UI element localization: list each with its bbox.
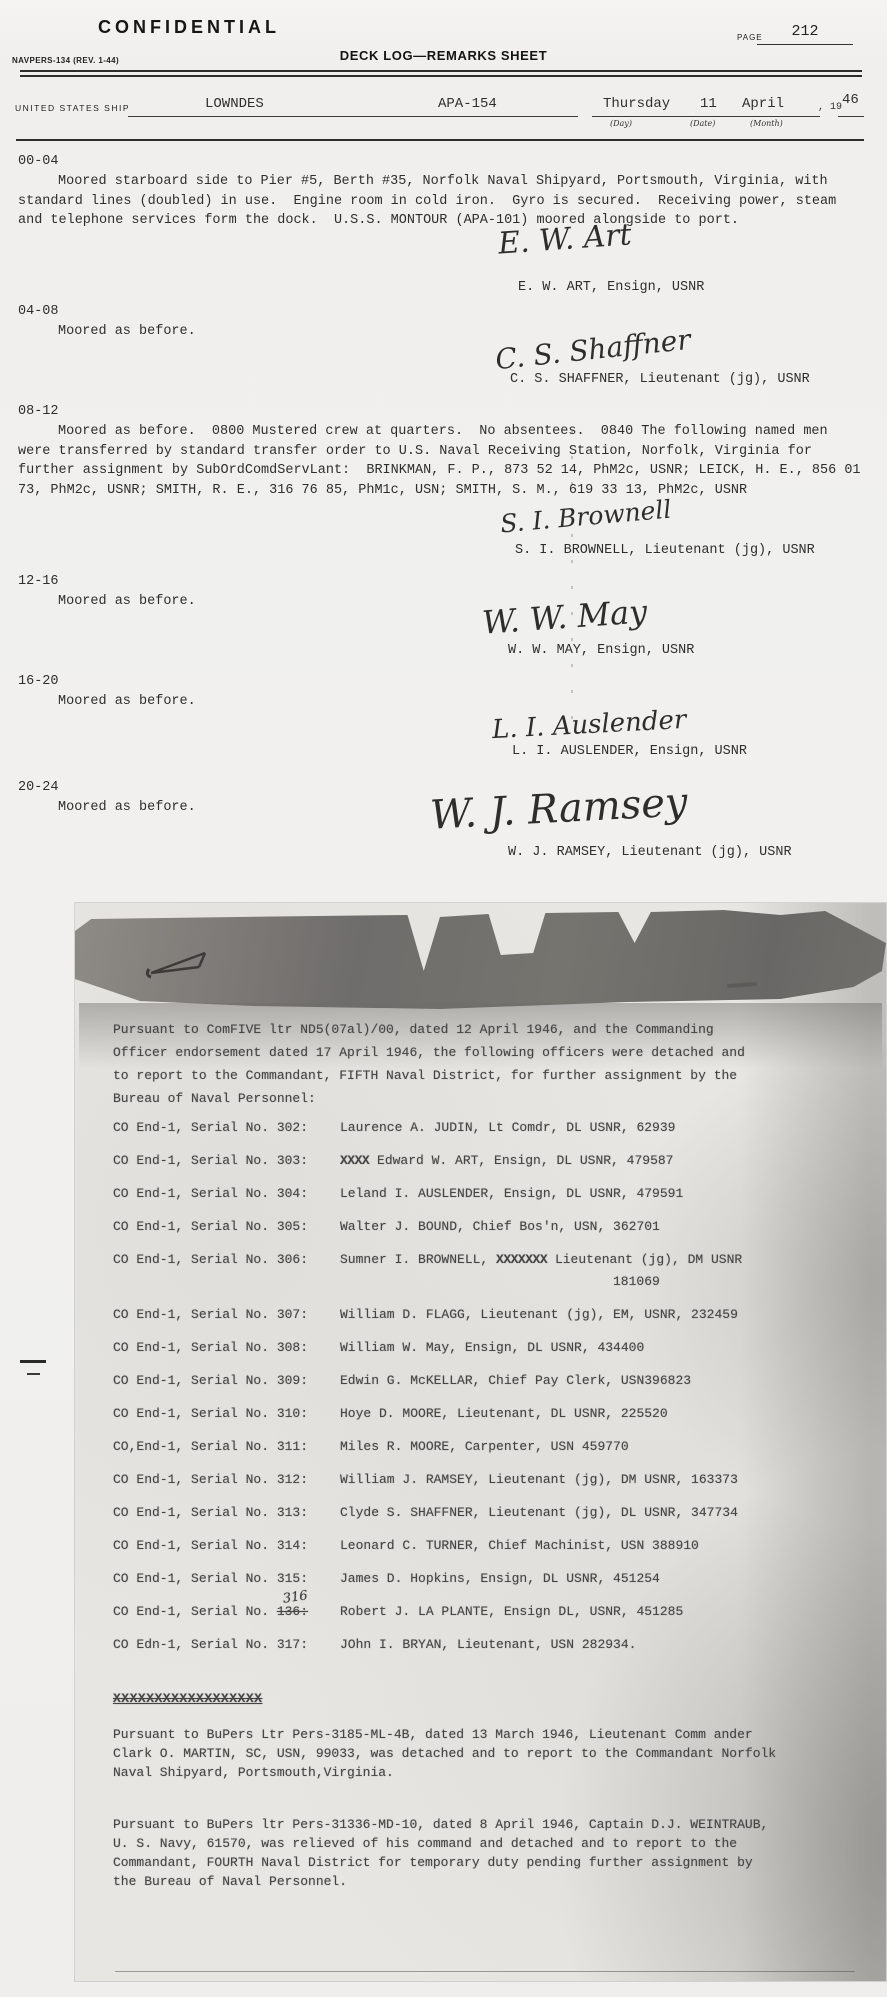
- year-prefix: , 19: [818, 102, 842, 113]
- handwritten-serial: 316: [281, 1585, 309, 1610]
- signature-script: W. J. Ramsey: [429, 779, 689, 838]
- signer-typed-name: L. I. AUSLENDER, Ensign, USNR: [512, 744, 747, 759]
- entry-label: CO Edn-1, Serial No. 317:: [113, 1634, 340, 1656]
- signer-typed-name: C. S. SHAFFNER, Lieutenant (jg), USNR: [510, 372, 810, 387]
- watch-period: 12-16: [18, 574, 59, 589]
- entry-label: CO End-1, Serial No. 305:: [113, 1216, 340, 1238]
- entry-value: JOhn I. BRYAN, Lieutenant, USN 282934.: [340, 1637, 636, 1652]
- entry-value: Leonard C. TURNER, Chief Machinist, USN …: [340, 1538, 699, 1553]
- entry-value: William D. FLAGG, Lieutenant (jg), EM, U…: [340, 1307, 738, 1322]
- date-number: 11: [700, 96, 717, 112]
- signer-typed-name: W. W. MAY, Ensign, USNR: [508, 643, 694, 658]
- entry-value: Lieutenant (jg), DM USNR: [547, 1252, 742, 1267]
- serial-entry: CO End-1, Serial No. 307:William D. FLAG…: [113, 1304, 853, 1326]
- ship-label: UNITED STATES SHIP: [15, 103, 130, 113]
- memo-paragraph-weintraub: Pursuant to BuPers ltr Pers-31336-MD-10,…: [113, 1815, 781, 1891]
- caption-date: (Date): [690, 119, 715, 128]
- entry-label: CO End-1, Serial No. 310:: [113, 1403, 340, 1425]
- entry-value-wrapped: 181069: [613, 1271, 853, 1293]
- entry-label: CO End-1, Serial No. 309:: [113, 1370, 340, 1392]
- sheet-title: DECK LOG—REMARKS SHEET: [340, 48, 548, 63]
- deck-log-scan: CONFIDENTIAL PAGE 212 NAVPERS-134 (REV. …: [0, 0, 887, 1997]
- entry-label-pre: CO End-1, Serial No.: [113, 1604, 277, 1619]
- serial-entry: CO End-1, Serial No. 306:Sumner I. BROWN…: [113, 1249, 853, 1293]
- serial-entry: CO Edn-1, Serial No. 317:JOhn I. BRYAN, …: [113, 1634, 853, 1656]
- entry-value: Clyde S. SHAFFNER, Lieutenant (jg), DL U…: [340, 1505, 738, 1520]
- watch-period: 16-20: [18, 674, 59, 689]
- corrected-serial: 136:316: [277, 1601, 308, 1623]
- watch-period: 00-04: [18, 154, 59, 169]
- entry-label: CO End-1, Serial No. 313:: [113, 1502, 340, 1524]
- entry-value: Edwin G. McKELLAR, Chief Pay Clerk, USN3…: [340, 1373, 691, 1388]
- serial-entry: CO End-1, Serial No. 315:James D. Hopkin…: [113, 1568, 853, 1590]
- page-bottom-edge: [115, 1971, 855, 1972]
- serial-entry: CO End-1, Serial No. 308:William W. May,…: [113, 1337, 853, 1359]
- overtype-strikeout: XXXX: [340, 1153, 369, 1168]
- memo-paragraph-martin: Pursuant to BuPers Ltr Pers-3185-ML-4B, …: [113, 1725, 781, 1782]
- date-year: 46: [842, 92, 859, 108]
- serial-entry: CO End-1, Serial No. 305:Walter J. BOUND…: [113, 1216, 853, 1238]
- page-number-field: 212: [757, 22, 853, 45]
- header-rule-top: [20, 70, 862, 72]
- serial-entry: CO End-1, Serial No. 304:Leland I. AUSLE…: [113, 1183, 853, 1205]
- entry-value: William W. May, Ensign, DL USNR, 434400: [340, 1340, 644, 1355]
- watch-entry-text: Moored starboard side to Pier #5, Berth …: [18, 172, 868, 231]
- entry-label: CO End-1, Serial No. 136:316: [113, 1601, 340, 1623]
- watch-period: 20-24: [18, 780, 59, 795]
- form-number: NAVPERS-134 (REV. 1-44): [12, 56, 119, 65]
- signer-typed-name: S. I. BROWNELL, Lieutenant (jg), USNR: [515, 543, 815, 558]
- entry-label: CO End-1, Serial No. 304:: [113, 1183, 340, 1205]
- entry-label: CO End-1, Serial No. 314:: [113, 1535, 340, 1557]
- entry-value: Hoye D. MOORE, Lieutenant, DL USNR, 2255…: [340, 1406, 668, 1421]
- serial-entry-list: CO End-1, Serial No. 302:Laurence A. JUD…: [113, 1117, 853, 1667]
- paperclip-mark: [143, 939, 223, 989]
- entry-value: Edward W. ART, Ensign, DL USNR, 479587: [369, 1153, 673, 1168]
- scan-mark-dash: [20, 1360, 46, 1363]
- header-rule-bottom: [20, 75, 862, 77]
- overtype-strikeout: XXXXXXX: [496, 1252, 547, 1267]
- entry-value: Robert J. LA PLANTE, Ensign DL, USNR, 45…: [340, 1604, 683, 1619]
- watch-entry-text: Moored as before.: [18, 322, 868, 342]
- serial-entry: CO End-1, Serial No. 314:Leonard C. TURN…: [113, 1535, 853, 1557]
- serial-entry: CO End-1, Serial No. 303:XXXX Edward W. …: [113, 1150, 853, 1172]
- date-day: Thursday: [603, 96, 670, 112]
- entry-label: CO End-1, Serial No. 308:: [113, 1337, 340, 1359]
- ship-underline: [128, 96, 578, 117]
- serial-entry: CO End-1, Serial No. 313:Clyde S. SHAFFN…: [113, 1502, 853, 1524]
- entry-label: CO End-1, Serial No. 306:: [113, 1249, 340, 1271]
- serial-entry-corrected: CO End-1, Serial No. 136:316Robert J. LA…: [113, 1601, 853, 1623]
- entry-label: CO End-1, Serial No. 312:: [113, 1469, 340, 1491]
- entry-value: Sumner I. BROWNELL,: [340, 1252, 496, 1267]
- caption-month: (Month): [750, 119, 783, 128]
- watch-period: 04-08: [18, 304, 59, 319]
- watch-entry-text: Moored as before. 0800 Mustered crew at …: [18, 422, 868, 500]
- watch-entry-text: Moored as before.: [18, 692, 868, 712]
- serial-entry: CO End-1, Serial No. 310:Hoye D. MOORE, …: [113, 1403, 853, 1425]
- ship-name: LOWNDES: [205, 96, 264, 112]
- entry-value: Leland I. AUSLENDER, Ensign, DL USNR, 47…: [340, 1186, 683, 1201]
- signer-typed-name: W. J. RAMSEY, Lieutenant (jg), USNR: [508, 845, 792, 860]
- hull-number: APA-154: [438, 96, 497, 112]
- classification-stamp: CONFIDENTIAL: [98, 17, 280, 38]
- entry-value: Miles R. MOORE, Carpenter, USN 459770: [340, 1439, 629, 1454]
- page-number: 212: [791, 23, 818, 40]
- entry-label: CO,End-1, Serial No. 311:: [113, 1436, 340, 1458]
- typed-strikeout-line: XXXXXXXXXXXXXXXXXX: [113, 1691, 262, 1706]
- entry-value: Walter J. BOUND, Chief Bos'n, USN, 36270…: [340, 1219, 660, 1234]
- body-rule: [16, 139, 864, 141]
- entry-value: William J. RAMSEY, Lieutenant (jg), DM U…: [340, 1472, 738, 1487]
- signer-typed-name: E. W. ART, Ensign, USNR: [518, 280, 704, 295]
- attached-memo-page: Pursuant to ComFIVE ltr ND5(07al)/00, da…: [75, 903, 886, 1981]
- serial-entry: CO End-1, Serial No. 312:William J. RAMS…: [113, 1469, 853, 1491]
- memo-intro-paragraph: Pursuant to ComFIVE ltr ND5(07al)/00, da…: [113, 1018, 745, 1110]
- scan-mark-dash: [27, 1373, 40, 1375]
- entry-label: CO End-1, Serial No. 307:: [113, 1304, 340, 1326]
- date-month: April: [742, 96, 784, 112]
- watch-period: 08-12: [18, 404, 59, 419]
- watch-entry-text: Moored as before.: [18, 592, 868, 612]
- entry-label: CO End-1, Serial No. 302:: [113, 1117, 340, 1139]
- serial-entry: CO,End-1, Serial No. 311:Miles R. MOORE,…: [113, 1436, 853, 1458]
- serial-entry: CO End-1, Serial No. 302:Laurence A. JUD…: [113, 1117, 853, 1139]
- entry-label: CO End-1, Serial No. 303:: [113, 1150, 340, 1172]
- entry-value: Laurence A. JUDIN, Lt Comdr, DL USNR, 62…: [340, 1120, 675, 1135]
- entry-value: James D. Hopkins, Ensign, DL USNR, 45125…: [340, 1571, 660, 1586]
- serial-entry: CO End-1, Serial No. 309:Edwin G. McKELL…: [113, 1370, 853, 1392]
- signature-script: S. I. Brownell: [499, 495, 672, 539]
- caption-day: (Day): [610, 119, 632, 128]
